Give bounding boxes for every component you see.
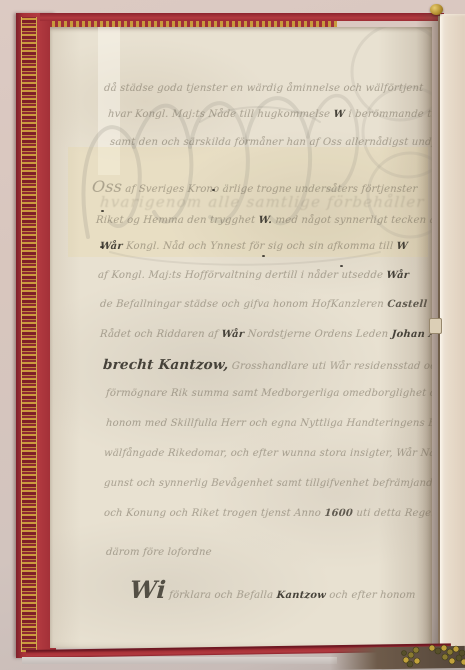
manuscript-text-segment: förmögnare Rik summa samt Medborgerliga … bbox=[106, 388, 432, 399]
manuscript-text-segment: Riket og Hemma den trygghet bbox=[96, 215, 259, 226]
manuscript-text-segment: W. bbox=[258, 215, 272, 226]
red-leather-cover-top-edge bbox=[40, 13, 444, 21]
manuscript-line: därom före lofordne bbox=[106, 547, 212, 558]
manuscript-line: gunst och synnerlig Bevågenhet samt till… bbox=[104, 478, 432, 489]
gold-meander-tooling-icon bbox=[21, 17, 37, 652]
manuscript-text-segment: Wår bbox=[386, 270, 409, 281]
manuscript-text-segment: wälfångade Rikedomar, och efter wunna st… bbox=[104, 448, 432, 459]
manuscript-text-segment: med något synnerligt tecken af bbox=[272, 215, 432, 226]
manuscript-text-segment: förklara och Befalla bbox=[165, 590, 277, 601]
manuscript-text-segment: W bbox=[396, 241, 408, 252]
manuscript-scan: då städse goda tjenster en wärdig åminne… bbox=[0, 0, 465, 670]
manuscript-line: förmögnare Rik summa samt Medborgerliga … bbox=[106, 388, 432, 399]
manuscript-text-segment: 1600 bbox=[324, 508, 353, 519]
manuscript-text-segment: Wår bbox=[100, 241, 123, 252]
manuscript-text-segment: honom med Skillfulla Herr och egna Nyttl… bbox=[106, 418, 432, 429]
binding-thread-knot bbox=[429, 318, 442, 334]
manuscript-text-segment: Kantzow bbox=[276, 590, 326, 601]
manuscript-text-segment: Nordstjerne Ordens Leden bbox=[244, 329, 392, 340]
manuscript-line: de Befallningar städse och gifva honom H… bbox=[100, 299, 428, 310]
manuscript-text-segment: W bbox=[333, 109, 345, 120]
manuscript-line: samt den och särskilda förmåner han af O… bbox=[110, 137, 432, 148]
manuscript-line: då städse goda tjenster en wärdig åminne… bbox=[104, 83, 424, 94]
ink-speck bbox=[101, 210, 104, 212]
ink-speck bbox=[262, 255, 265, 257]
facing-page-edge bbox=[440, 14, 465, 656]
manuscript-line: af Kongl. Maj:ts Hofförvaltning dertill … bbox=[98, 270, 410, 281]
gold-stud-icon bbox=[430, 4, 443, 15]
ink-speck bbox=[212, 189, 215, 191]
manuscript-text-segment: de Befallningar städse och gifva honom H… bbox=[100, 299, 388, 310]
manuscript-line: Wår Kongl. Nåd och Ynnest för sig och si… bbox=[100, 241, 409, 252]
manuscript-line: Riket og Hemma den trygghet W. med något… bbox=[96, 215, 432, 226]
manuscript-line: Rådet och Riddaren af Wår Nordstjerne Or… bbox=[100, 329, 432, 340]
manuscript-text-segment: och efter honom bbox=[326, 590, 416, 601]
manuscript-line: wälfångade Rikedomar, och efter wunna st… bbox=[104, 448, 432, 459]
gold-seal-cords-icon bbox=[395, 640, 465, 670]
manuscript-text-segment: hvarigenom alle samtlige förbehåller bbox=[99, 193, 425, 211]
manuscript-text-segment: då städse goda tjenster en wärdig åminne… bbox=[104, 83, 424, 94]
manuscript-line: och Konung och Riket trogen tjenst Anno … bbox=[104, 508, 432, 519]
manuscript-line: Wi förklara och Befalla Kantzow och efte… bbox=[129, 575, 417, 604]
ink-speck bbox=[100, 246, 103, 248]
manuscript-text-segment: Rådet och Riddaren af bbox=[100, 329, 222, 340]
manuscript-line: brecht Kantzow, Grosshandlare uti Wår re… bbox=[102, 357, 432, 373]
vellum-page: då städse goda tjenster en wärdig åminne… bbox=[50, 27, 432, 648]
table-surface-below-book bbox=[22, 657, 337, 664]
ink-speck bbox=[340, 265, 343, 267]
manuscript-line: hvar Kongl. Maj:ts Nåde till hugkommelse… bbox=[108, 109, 432, 120]
manuscript-text-segment: hvar Kongl. Maj:ts Nåde till hugkommelse bbox=[108, 109, 334, 120]
manuscript-text-segment: brecht Kantzow, bbox=[102, 357, 229, 373]
manuscript-line: honom med Skillfulla Herr och egna Nyttl… bbox=[106, 418, 432, 429]
manuscript-text-segment: Kongl. Nåd och Ynnest för sig och sin af… bbox=[122, 241, 397, 252]
manuscript-text-segment: Wår bbox=[221, 329, 244, 340]
manuscript-text-segment: Grosshandlare uti Wår residensstad och bbox=[228, 361, 432, 372]
manuscript-line: hvarigenom alle samtlige förbehåller bbox=[99, 193, 425, 211]
manuscript-text-segment: därom före lofordne bbox=[106, 547, 212, 558]
manuscript-text-segment: samt den och särskilda förmåner han af O… bbox=[110, 137, 432, 148]
manuscript-text-segment: af Kongl. Maj:ts Hofförvaltning dertill … bbox=[98, 270, 387, 281]
manuscript-text-segment: gunst och synnerlig Bevågenhet samt till… bbox=[104, 478, 432, 489]
manuscript-text-segment: och Konung och Riket trogen tjenst Anno bbox=[104, 508, 325, 519]
manuscript-text-segment: Wi bbox=[129, 575, 167, 604]
